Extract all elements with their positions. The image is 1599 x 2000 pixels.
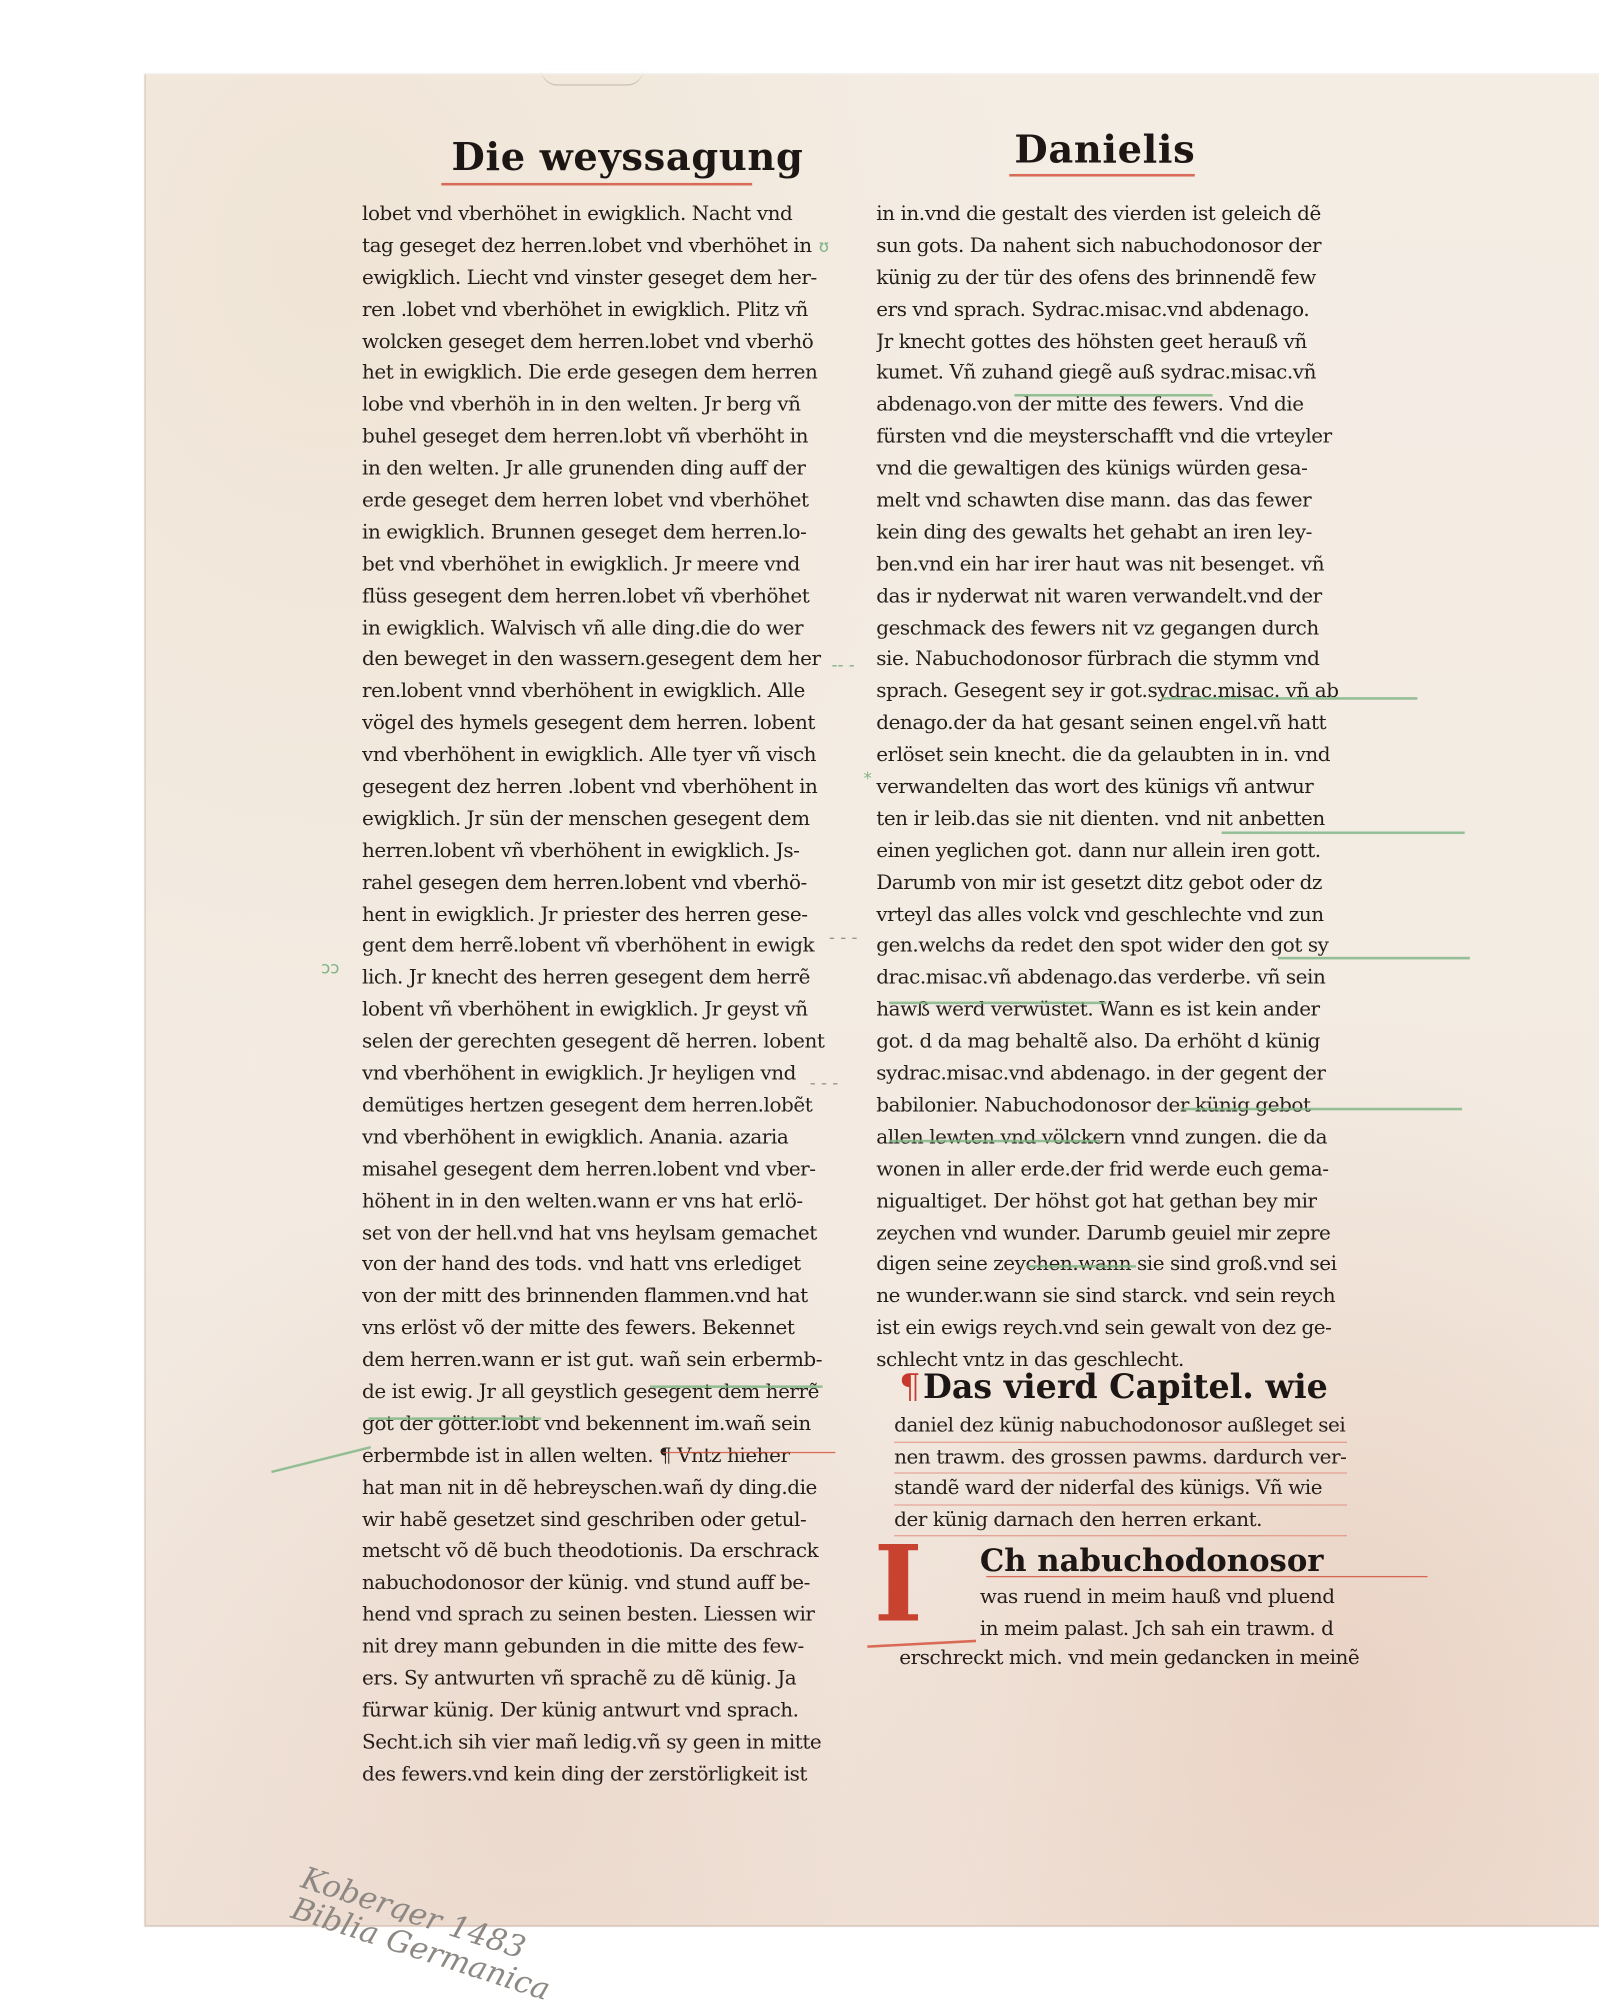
text-column-right: in in.vnd die gestalt des vierden ist ge…: [876, 198, 1477, 1376]
text-line: ers. Sy antwurten vñ sprachẽ zu dẽ künig…: [362, 1663, 963, 1695]
green-underline: [1014, 394, 1212, 397]
running-head-left: Die weyssagung: [452, 136, 804, 181]
text-line: de ist ewig. Jr all geystlich gesegent d…: [362, 1376, 963, 1408]
text-line: demütiges hertzen gesegent dem herren.lo…: [362, 1090, 963, 1122]
chapter-opening-tail: erschreckt mich. vnd mein gedancken in m…: [899, 1642, 1359, 1673]
text-line: wolcken geseget dem herren.lobet vnd vbe…: [362, 326, 963, 358]
text-line: fürsten vnd die meysterschafft vnd die v…: [876, 421, 1477, 453]
text-line: set von der hell.vnd hat vns heylsam gem…: [362, 1217, 963, 1249]
text-line: höhent in in den welten.wann er vns hat …: [362, 1185, 963, 1217]
text-line: wonen in aller erde.der frid werde euch …: [876, 1153, 1477, 1185]
text-line: ben.vnd ein har irer haut was nit beseng…: [876, 549, 1477, 581]
text-line: ers vnd sprach. Sydrac.misac.vnd abdenag…: [876, 294, 1477, 326]
summary-line: daniel dez künig nabuchodonosor außleget…: [894, 1411, 1346, 1442]
text-line: vnd vberhöhent in ewigklich. Alle tyer v…: [362, 740, 963, 772]
text-line: kein ding des gewalts het gehabt an iren…: [876, 517, 1477, 549]
text-line: allen lewten vnd völckern vnnd zungen. d…: [876, 1122, 1477, 1154]
margin-mark: - - -: [810, 1075, 839, 1094]
page-stage: Die weyssagung Danielis lobet vnd vberhö…: [0, 0, 1599, 1999]
text-line: sprach. Gesegent sey ir got.sydrac.misac…: [876, 676, 1477, 708]
text-line: selen der gerechten gesegent dẽ herren. …: [362, 1026, 963, 1058]
text-line: got. d da mag behaltẽ also. Da erhöht d …: [876, 1026, 1477, 1058]
summary-line: standẽ ward der niderfal des künigs. Vñ …: [894, 1474, 1346, 1505]
text-line: nigualtiget. Der höhst got hat gethan be…: [876, 1185, 1477, 1217]
green-marginal-stroke: [271, 1446, 371, 1473]
text-line: drac.misac.vñ abdenago.das verderbe. vñ …: [876, 962, 1477, 994]
text-line: lich. Jr knecht des herren gesegent dem …: [362, 962, 963, 994]
text-line: das ir nyderwat nit waren verwandelt.vnd…: [876, 580, 1477, 612]
text-line: vns erlöst võ der mitte des fewers. Beke…: [362, 1313, 963, 1345]
text-line: buhel geseget dem herren.lobt vñ vberhöh…: [362, 421, 963, 453]
green-underline: [1222, 831, 1465, 834]
text-line: hat man nit in dẽ hebreyschen.wañ dy din…: [362, 1472, 963, 1504]
text-line: ten ir leib.das sie nit dienten. vnd nit…: [876, 803, 1477, 835]
summary-line: der künig darnach den herren erkant.: [894, 1505, 1346, 1536]
chapter-opening-body: was ruend in meim hauß vnd pluendin meim…: [980, 1581, 1335, 1645]
text-line: in den welten. Jr alle grunenden ding au…: [362, 453, 963, 485]
text-line: digen seine zeychen.wann sie sind groß.v…: [876, 1249, 1477, 1281]
text-line: ewigklich. Jr sün der menschen gesegent …: [362, 803, 963, 835]
text-line: sun gots. Da nahent sich nabuchodonosor …: [876, 230, 1477, 262]
margin-mark: -- -: [831, 656, 854, 675]
text-line: dem herren.wann er ist gut. wañ sein erb…: [362, 1345, 963, 1377]
text-line: lobe vnd vberhöh in in den welten. Jr be…: [362, 389, 963, 421]
text-line: erde geseget dem herren lobet vnd vberhö…: [362, 485, 963, 517]
text-line: hent in ewigklich. Jr priester des herre…: [362, 899, 963, 931]
text-line: hawß werd verwüstet. Wann es ist kein an…: [876, 994, 1477, 1026]
margin-mark: ʊ: [819, 238, 829, 257]
pencil-annotation: Koberger 1483Biblia Germanica: [289, 1859, 565, 2000]
text-line: lobent vñ vberhöhent in ewigklich. Jr ge…: [362, 994, 963, 1026]
chapter-summary: daniel dez künig nabuchodonosor außleget…: [894, 1411, 1346, 1536]
margin-mark: - - -: [829, 929, 858, 948]
rubric-line: [663, 1452, 836, 1453]
text-line: erbermbde ist in allen welten. ¶ Vntz hi…: [362, 1440, 963, 1472]
chapter-heading: ¶Das vierd Capitel. wie: [899, 1369, 1328, 1407]
text-line: vnd vberhöhent in ewigklich. Anania. aza…: [362, 1122, 963, 1154]
text-line: von der hand des tods. vnd hatt vns erle…: [362, 1249, 963, 1281]
text-line: tag geseget dez herren.lobet vnd vberhöh…: [362, 230, 963, 262]
paper-stain: [541, 69, 643, 86]
text-line: ne wunder.wann sie sind starck. vnd sein…: [876, 1281, 1477, 1313]
text-line: ist ein ewigs reych.vnd sein gewalt von …: [876, 1313, 1477, 1345]
text-line: rahel gesegen dem herren.lobent vnd vber…: [362, 867, 963, 899]
running-head-right: Danielis: [1014, 128, 1195, 173]
text-line: sie. Nabuchodonosor fürbrach die stymm v…: [876, 644, 1477, 676]
text-line: des fewers.vnd kein ding der zerstörligk…: [362, 1758, 963, 1790]
text-line: misahel gesegent dem herren.lobent vnd v…: [362, 1153, 963, 1185]
text-line: ren .lobet vnd vberhöhet in ewigklich. P…: [362, 294, 963, 326]
text-line: Jr knecht gottes des höhsten geet herauß…: [876, 326, 1477, 358]
text-line: ren.lobent vnnd vberhöhent in ewigklich.…: [362, 676, 963, 708]
text-line: kumet. Vñ zuhand giegẽ auß sydrac.misac.…: [876, 357, 1477, 389]
text-line: Darumb von mir ist gesetzt ditz gebot od…: [876, 867, 1477, 899]
text-line: got der götter.lobt vnd bekennent im.wañ…: [362, 1408, 963, 1440]
rubric-underline-right: [1009, 174, 1194, 177]
chapter-opening-line: Ch nabuchodonosor: [980, 1541, 1324, 1578]
text-line: gesegent dez herren .lobent vnd vberhöhe…: [362, 771, 963, 803]
text-line: het in ewigklich. Die erde gesegen dem h…: [362, 357, 963, 389]
text-line: bet vnd vberhöhet in ewigklich. Jr meere…: [362, 549, 963, 581]
pilcrow-mark: ¶: [899, 1369, 920, 1407]
text-line: vnd die gewaltigen des künigs würden ges…: [876, 453, 1477, 485]
margin-mark: ɔɔ: [321, 959, 339, 978]
chapter-heading-text: Das vierd Capitel. wie: [923, 1369, 1328, 1407]
rubricated-initial: I: [874, 1532, 923, 1637]
green-underline: [1278, 957, 1470, 960]
green-underline: [889, 1140, 1100, 1143]
text-line: denago.der da hat gesant seinen engel.vñ…: [876, 708, 1477, 740]
text-line: in in.vnd die gestalt des vierden ist ge…: [876, 198, 1477, 230]
text-line: erlöset sein knecht. die da gelaubten in…: [876, 740, 1477, 772]
text-line: den beweget in den wassern.gesegent dem …: [362, 644, 963, 676]
text-line: zeychen vnd wunder. Darumb geuiel mir ze…: [876, 1217, 1477, 1249]
text-line: flüss gesegent dem herren.lobet vñ vberh…: [362, 580, 963, 612]
text-line: einen yeglichen got. dann nur allein ire…: [876, 835, 1477, 867]
text-line: geschmack des fewers nit vz gegangen dur…: [876, 612, 1477, 644]
text-line: Secht.ich sih vier mañ ledig.vñ sy geen …: [362, 1727, 963, 1759]
text-line: vögel des hymels gesegent dem herren. lo…: [362, 708, 963, 740]
manuscript-leaf: Die weyssagung Danielis lobet vnd vberhö…: [145, 74, 1599, 1926]
text-line: von der mitt des brinnenden flammen.vnd …: [362, 1281, 963, 1313]
green-underline: [650, 1385, 823, 1388]
green-underline: [1181, 1108, 1462, 1111]
text-line: verwandelten das wort des künigs vñ antw…: [876, 771, 1477, 803]
text-line: lobet vnd vberhöhet in ewigklich. Nacht …: [362, 198, 963, 230]
green-underline: [889, 1002, 1106, 1005]
text-line: sydrac.misac.vnd abdenago. in der gegent…: [876, 1058, 1477, 1090]
text-line: fürwar künig. Der künig antwurt vnd spra…: [362, 1695, 963, 1727]
text-line: in ewigklich. Brunnen geseget dem herren…: [362, 517, 963, 549]
text-line: künig zu der tür des ofens des brinnendẽ…: [876, 262, 1477, 294]
text-line: vrteyl das alles volck vnd geschlechte v…: [876, 899, 1477, 931]
margin-mark: *: [863, 770, 871, 789]
opening-line: in meim palast. Jch sah ein trawm. d: [980, 1613, 1335, 1645]
green-underline: [1027, 1265, 1136, 1268]
rubric-underline-left: [441, 183, 752, 186]
text-line: melt vnd schawten dise mann. das das few…: [876, 485, 1477, 517]
text-line: babilonier. Nabuchodonosor der künig geb…: [876, 1090, 1477, 1122]
text-line: vnd vberhöhent in ewigklich. Jr heyligen…: [362, 1058, 963, 1090]
rubric-line: [986, 1576, 1427, 1577]
summary-line: nen trawm. des grossen pawms. dardurch v…: [894, 1442, 1346, 1473]
text-line: ewigklich. Liecht vnd vinster geseget de…: [362, 262, 963, 294]
green-underline: [1162, 697, 1418, 700]
green-underline: [368, 1417, 541, 1420]
text-line: in ewigklich. Walvisch vñ alle ding.die …: [362, 612, 963, 644]
text-line: gent dem herrẽ.lobent vñ vberhöhent in e…: [362, 931, 963, 963]
text-line: herren.lobent vñ vberhöhent in ewigklich…: [362, 835, 963, 867]
opening-line: was ruend in meim hauß vnd pluend: [980, 1581, 1335, 1613]
